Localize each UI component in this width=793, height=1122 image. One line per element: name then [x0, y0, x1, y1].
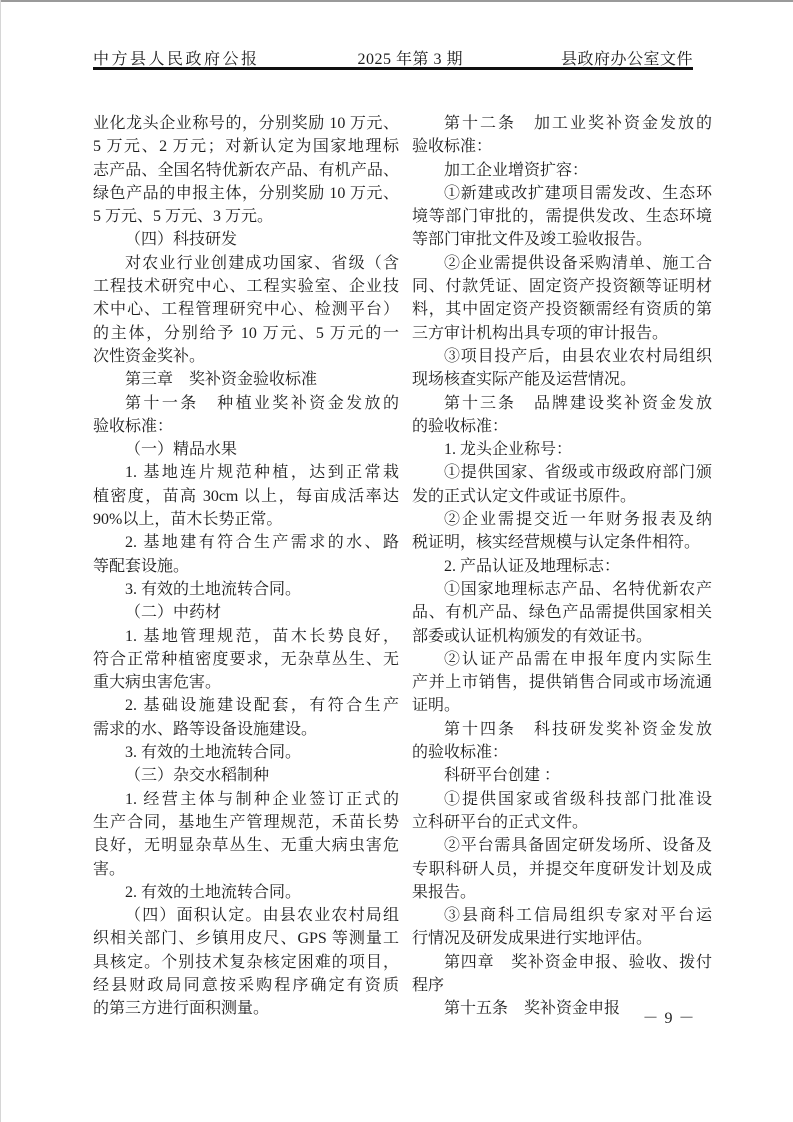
- text-line: ①国家地理标志产品、名特优新农产: [412, 578, 712, 601]
- text-line: 生产合同，基地生产管理规范，禾苗长势: [93, 811, 399, 834]
- document-page: 中方县人民政府公报 2025 年第 3 期 县政府办公室文件 业化龙头企业称号的…: [0, 0, 793, 1122]
- text-line: 3. 有效的土地流转合同。: [93, 578, 399, 601]
- text-line: 植密度，苗高 30cm 以上，每亩成活率达: [93, 485, 399, 508]
- text-line: 果报告。: [412, 881, 712, 904]
- text-line: 5 万元、2 万元；对新认定为国家地理标: [93, 135, 399, 158]
- text-line: 符合正常种植密度要求，无杂草丛生、无: [93, 648, 399, 671]
- text-line: ②企业需提交近一年财务报表及纳: [412, 508, 712, 531]
- text-line: 产并上市销售，提供销售合同或市场流通: [412, 671, 712, 694]
- text-line: 第三章 奖补资金验收标准: [93, 368, 399, 391]
- text-line: （四）科技研发: [93, 228, 399, 251]
- text-line: 第十四条 科技研发奖补资金发放: [412, 718, 712, 741]
- page-number: － 9 －: [634, 1005, 704, 1028]
- text-line: 等部门审批文件及竣工验收报告。: [412, 228, 712, 251]
- text-line: 需求的水、路等设备设施建设。: [93, 718, 399, 741]
- text-line: 3. 有效的土地流转合同。: [93, 741, 399, 764]
- text-line: 90%以上，苗木长势正常。: [93, 508, 399, 531]
- text-line: 第四章 奖补资金申报、验收、拨付: [412, 951, 712, 974]
- text-line: 科研平台创建 ：: [412, 764, 712, 787]
- text-line: 对农业行业创建成功国家、省级（含: [93, 252, 399, 275]
- text-line: 具核定。个别技术复杂核定困难的项目，: [93, 951, 399, 974]
- text-line: 税证明，核实经营规模与认定条件相符。: [412, 531, 712, 554]
- text-line: 等配套设施。: [93, 555, 399, 578]
- text-line: 工程技术研究中心、工程实验室、企业技: [93, 275, 399, 298]
- text-line: （三）杂交水稻制种: [93, 764, 399, 787]
- text-line: 部委或认证机构颁发的有效证书。: [412, 625, 712, 648]
- text-line: 良好，无明显杂草丛生、无重大病虫害危: [93, 834, 399, 857]
- text-line: （二）中药材: [93, 601, 399, 624]
- text-line: 志产品、全国名特优新农产品、有机产品、: [93, 159, 399, 182]
- text-line: 术中心、工程管理研究中心、检测平台）: [93, 298, 399, 321]
- text-line: 加工企业增资扩容：: [412, 159, 712, 182]
- text-line: ①新建或改扩建项目需发改、生态环: [412, 182, 712, 205]
- text-line: 第十二条 加工业奖补资金发放的: [412, 112, 712, 135]
- text-line: 1. 龙头企业称号：: [412, 438, 712, 461]
- text-line: 程序: [412, 974, 712, 997]
- text-line: ③县商科工信局组织专家对平台运: [412, 904, 712, 927]
- text-line: 发的正式认定文件或证书原件。: [412, 485, 712, 508]
- text-line: 2. 基础设施建设配套，有符合生产: [93, 694, 399, 717]
- text-line: ②企业需提供设备采购清单、施工合: [412, 252, 712, 275]
- text-line: 验收标准：: [93, 415, 399, 438]
- text-line: 同、付款凭证、固定资产投资额等证明材: [412, 275, 712, 298]
- text-line: 证明。: [412, 694, 712, 717]
- scan-edge-left: [0, 0, 1, 1122]
- right-column: 第十二条 加工业奖补资金发放的验收标准：加工企业增资扩容：①新建或改扩建项目需发…: [412, 112, 712, 1021]
- text-line: 经县财政局同意按采购程序确定有资质: [93, 974, 399, 997]
- text-line: 三方审计机构出具专项的审计报告。: [412, 322, 712, 345]
- page-header: 中方县人民政府公报 2025 年第 3 期 县政府办公室文件: [93, 46, 693, 69]
- text-line: ③项目投产后，由县农业农村局组织: [412, 345, 712, 368]
- text-line: 验收标准：: [412, 135, 712, 158]
- body-columns: 业化龙头企业称号的，分别奖励 10 万元、5 万元、2 万元；对新认定为国家地理…: [93, 112, 712, 1021]
- text-line: 专职科研人员，并提交年度研发计划及成: [412, 858, 712, 881]
- text-line: 现场核查实际产能及运营情况。: [412, 368, 712, 391]
- text-line: ②平台需具备固定研发场所、设备及: [412, 834, 712, 857]
- text-line: 业化龙头企业称号的，分别奖励 10 万元、: [93, 112, 399, 135]
- text-line: 的验收标准：: [412, 415, 712, 438]
- text-line: ②认证产品需在申报年度内实际生: [412, 648, 712, 671]
- text-line: 第十一条 种植业奖补资金发放的: [93, 392, 399, 415]
- text-line: 织相关部门、乡镇用皮尺、GPS 等测量工: [93, 927, 399, 950]
- left-column: 业化龙头企业称号的，分别奖励 10 万元、5 万元、2 万元；对新认定为国家地理…: [93, 112, 399, 1021]
- text-line: 料，其中固定资产投资额需经有资质的第: [412, 298, 712, 321]
- text-line: 第十三条 品牌建设奖补资金发放: [412, 392, 712, 415]
- text-line: 1. 基地管理规范，苗木长势良好，: [93, 625, 399, 648]
- text-line: （四）面积认定。由县农业农村局组: [93, 904, 399, 927]
- text-line: 害。: [93, 858, 399, 881]
- text-line: ①提供国家、省级或市级政府部门颁: [412, 461, 712, 484]
- text-line: 的验收标准：: [412, 741, 712, 764]
- text-line: 立科研平台的正式文件。: [412, 811, 712, 834]
- text-line: （一）精品水果: [93, 438, 399, 461]
- text-line: 境等部门审批的，需提供发改、生态环境: [412, 205, 712, 228]
- text-line: 品、有机产品、绿色产品需提供国家相关: [412, 601, 712, 624]
- text-line: 绿色产品的申报主体，分别奖励 10 万元、: [93, 182, 399, 205]
- text-line: 2. 基地建有符合生产需求的水、路: [93, 531, 399, 554]
- header-issue-number: 2025 年第 3 期: [357, 46, 463, 69]
- text-line: 行情况及研发成果进行实地评估。: [412, 927, 712, 950]
- header-office-label: 县政府办公室文件: [561, 46, 693, 69]
- header-publication-title: 中方县人民政府公报: [93, 46, 260, 69]
- text-line: 5 万元、5 万元、3 万元。: [93, 205, 399, 228]
- text-line: 1. 基地连片规范种植，达到正常栽: [93, 461, 399, 484]
- text-line: 次性资金奖补。: [93, 345, 399, 368]
- text-line: 2. 产品认证及地理标志：: [412, 555, 712, 578]
- text-line: 的第三方进行面积测量。: [93, 997, 399, 1020]
- header-rule: [93, 67, 693, 70]
- text-line: ①提供国家或省级科技部门批准设: [412, 788, 712, 811]
- text-line: 的主体，分别给予 10 万元、5 万元的一: [93, 322, 399, 345]
- text-line: 重大病虫害危害。: [93, 671, 399, 694]
- text-line: 2. 有效的土地流转合同。: [93, 881, 399, 904]
- text-line: 1. 经营主体与制种企业签订正式的: [93, 788, 399, 811]
- scan-edge-top: [0, 0, 793, 2]
